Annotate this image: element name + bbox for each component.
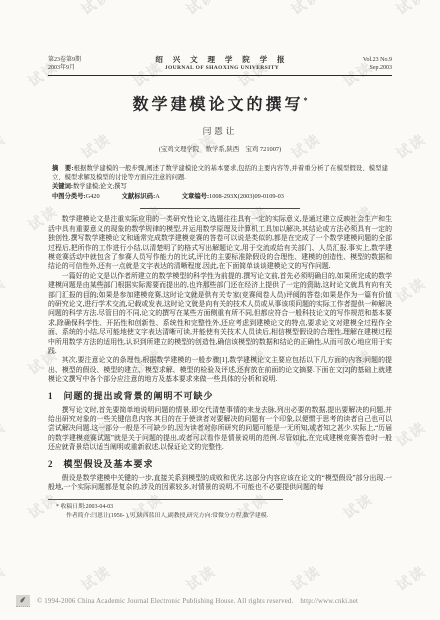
abstract-block: 摘 要:根据数学建模的一般步骤,阐述了数学建模论文的基本要求,包括的主要内容等,… (48, 164, 392, 201)
abstract-text: 根据数学建模的一般步骤,阐述了数学建模论文的基本要求,包括的主要内容等,并着重分… (52, 165, 388, 181)
cnki-copyright-bar: © 1994-2006 China Academic Journal Elect… (16, 595, 358, 607)
received-date-text: 收稿日期:2003-04-03 (60, 504, 113, 510)
article-body: 数学建模论文是注重实际应用的一类研究性论文,选题往往具有一定的实际意义,是通过建… (48, 215, 392, 492)
paragraph-2: 一篇好的论文是以作者所建立的数学模型的科学性为前提的.撰写论文前,首先必须明确目… (48, 272, 392, 357)
watermark-text: 试读 (287, 561, 325, 596)
watermark-text: 试读 (0, 273, 10, 308)
watermark-text: 试读 (0, 0, 10, 19)
cnki-url[interactable]: http://www.cnki.net (300, 598, 358, 605)
watermark-text: 试读 (392, 561, 430, 596)
footnote-separator-rule (48, 499, 283, 500)
header-right: Vol.23 No.9 Sep.2003 (363, 56, 392, 72)
paragraph-3: 其次,要注意论文的条理性.根据数学建模的一般步骤[1],数学建模论文主要应包括以… (48, 356, 392, 384)
watermark-text: 试读 (182, 561, 220, 596)
paragraph-5: 假设是数学建模中关键的一步,直接关系到模型的成败和优劣.这部分内容应该在论文的“… (48, 474, 392, 493)
abstract-label: 摘 要: (52, 165, 73, 172)
abstract-line: 摘 要:根据数学建模的一般步骤,阐述了数学建模论文的基本要求,包括的主要内容等,… (52, 164, 388, 182)
abstract-separator-rule (140, 208, 300, 209)
keywords-text: 数学建模;论文;撰写 (73, 183, 127, 190)
journal-header: 第23卷第9期 2003年9月 绍 兴 文 理 学 院 学 报 JOURNAL … (48, 55, 392, 76)
watermark-text: 试读 (287, 0, 325, 19)
keywords-label: 关键词: (52, 183, 73, 190)
watermark-text: 试读 (0, 417, 10, 452)
keywords-line: 关键词:数学建模;论文;撰写 (52, 182, 388, 191)
author-bio-line: 作者简介:闫恩让(1956- ),男,陕西蓝田人,副教授,研究方向:常微分方程,… (56, 512, 392, 521)
scanned-paper-page: 试读试读试读试读试读试读试读试读试读试读试读试读试读试读试读试读试读试读试读试读… (0, 0, 440, 620)
journal-name-en: JOURNAL OF SHAOXING UNIVERSITY (155, 64, 288, 72)
watermark-text: 试读 (182, 0, 220, 19)
watermark-text: 试读 (0, 129, 10, 164)
watermark-text: 试读 (392, 129, 430, 164)
footnote-mark: * (56, 504, 59, 510)
article-title-text: 数学建模论文的撰写 (132, 96, 303, 113)
author-name: 闫恩让 (48, 126, 392, 136)
article-id-value: 1008-293X(2003)09-0109-03 (209, 193, 284, 200)
footnote-block: * 收稿日期:2003-04-03 作者简介:闫恩让(1956- ),男,陕西蓝… (48, 503, 392, 520)
page-content: 第23卷第9期 2003年9月 绍 兴 文 理 学 院 学 报 JOURNAL … (48, 55, 392, 521)
header-left: 第23卷第9期 2003年9月 (48, 56, 81, 72)
classification-line: 中图分类号:G420 文献标识码:A 文章编号:1008-293X(2003)0… (52, 192, 388, 201)
clc-label: 中图分类号: (52, 193, 86, 200)
paragraph-4: 撰写论文时,首先要简单地说明问题的情景.即交代清楚事情的来龙去脉,列出必要的数据… (48, 406, 392, 453)
volume-issue-en: Vol.23 No.9 (363, 56, 392, 64)
header-center: 绍 兴 文 理 学 院 学 报 JOURNAL OF SHAOXING UNIV… (155, 55, 288, 72)
section-1-heading: 1 问题的提出或背景的阐明不可缺少 (48, 390, 392, 402)
doc-code-item: 文献标识码:A (122, 192, 160, 201)
paragraph-1: 数学建模论文是注重实际应用的一类研究性论文,选题往往具有一定的实际意义,是通过建… (48, 215, 392, 271)
article-title: 数学建模论文的撰写* (48, 91, 392, 115)
watermark-text: 试读 (77, 0, 115, 19)
article-id-label: 文章编号: (182, 193, 209, 200)
volume-issue-cn: 第23卷第9期 (48, 56, 81, 64)
date-en: Sep.2003 (363, 64, 392, 72)
copyright-text: © 1994-2006 China Academic Journal Elect… (37, 598, 293, 605)
watermark-text: 试读 (392, 417, 430, 452)
article-id-item: 文章编号:1008-293X(2003)09-0109-03 (182, 192, 284, 201)
watermark-text: 试读 (392, 273, 430, 308)
journal-name-cn: 绍 兴 文 理 学 院 学 报 (155, 55, 288, 64)
clc-value: G420 (86, 193, 100, 200)
date-cn: 2003年9月 (48, 64, 81, 72)
watermark-text: 试读 (77, 561, 115, 596)
section-2-heading: 2 模型假设及基本要求 (48, 458, 392, 470)
clc-item: 中图分类号:G420 (52, 192, 100, 201)
cnki-logo-icon (16, 595, 30, 607)
watermark-text: 试读 (0, 561, 10, 596)
received-date-line: * 收稿日期:2003-04-03 (56, 503, 392, 512)
doc-code-label: 文献标识码: (122, 193, 156, 200)
title-footnote-mark: * (304, 96, 308, 105)
doc-code-value: A (155, 193, 160, 200)
watermark-text: 试读 (392, 0, 430, 19)
author-affiliation: (宝鸡文理学院 数学系,陕西 宝鸡 721007) (48, 146, 392, 154)
